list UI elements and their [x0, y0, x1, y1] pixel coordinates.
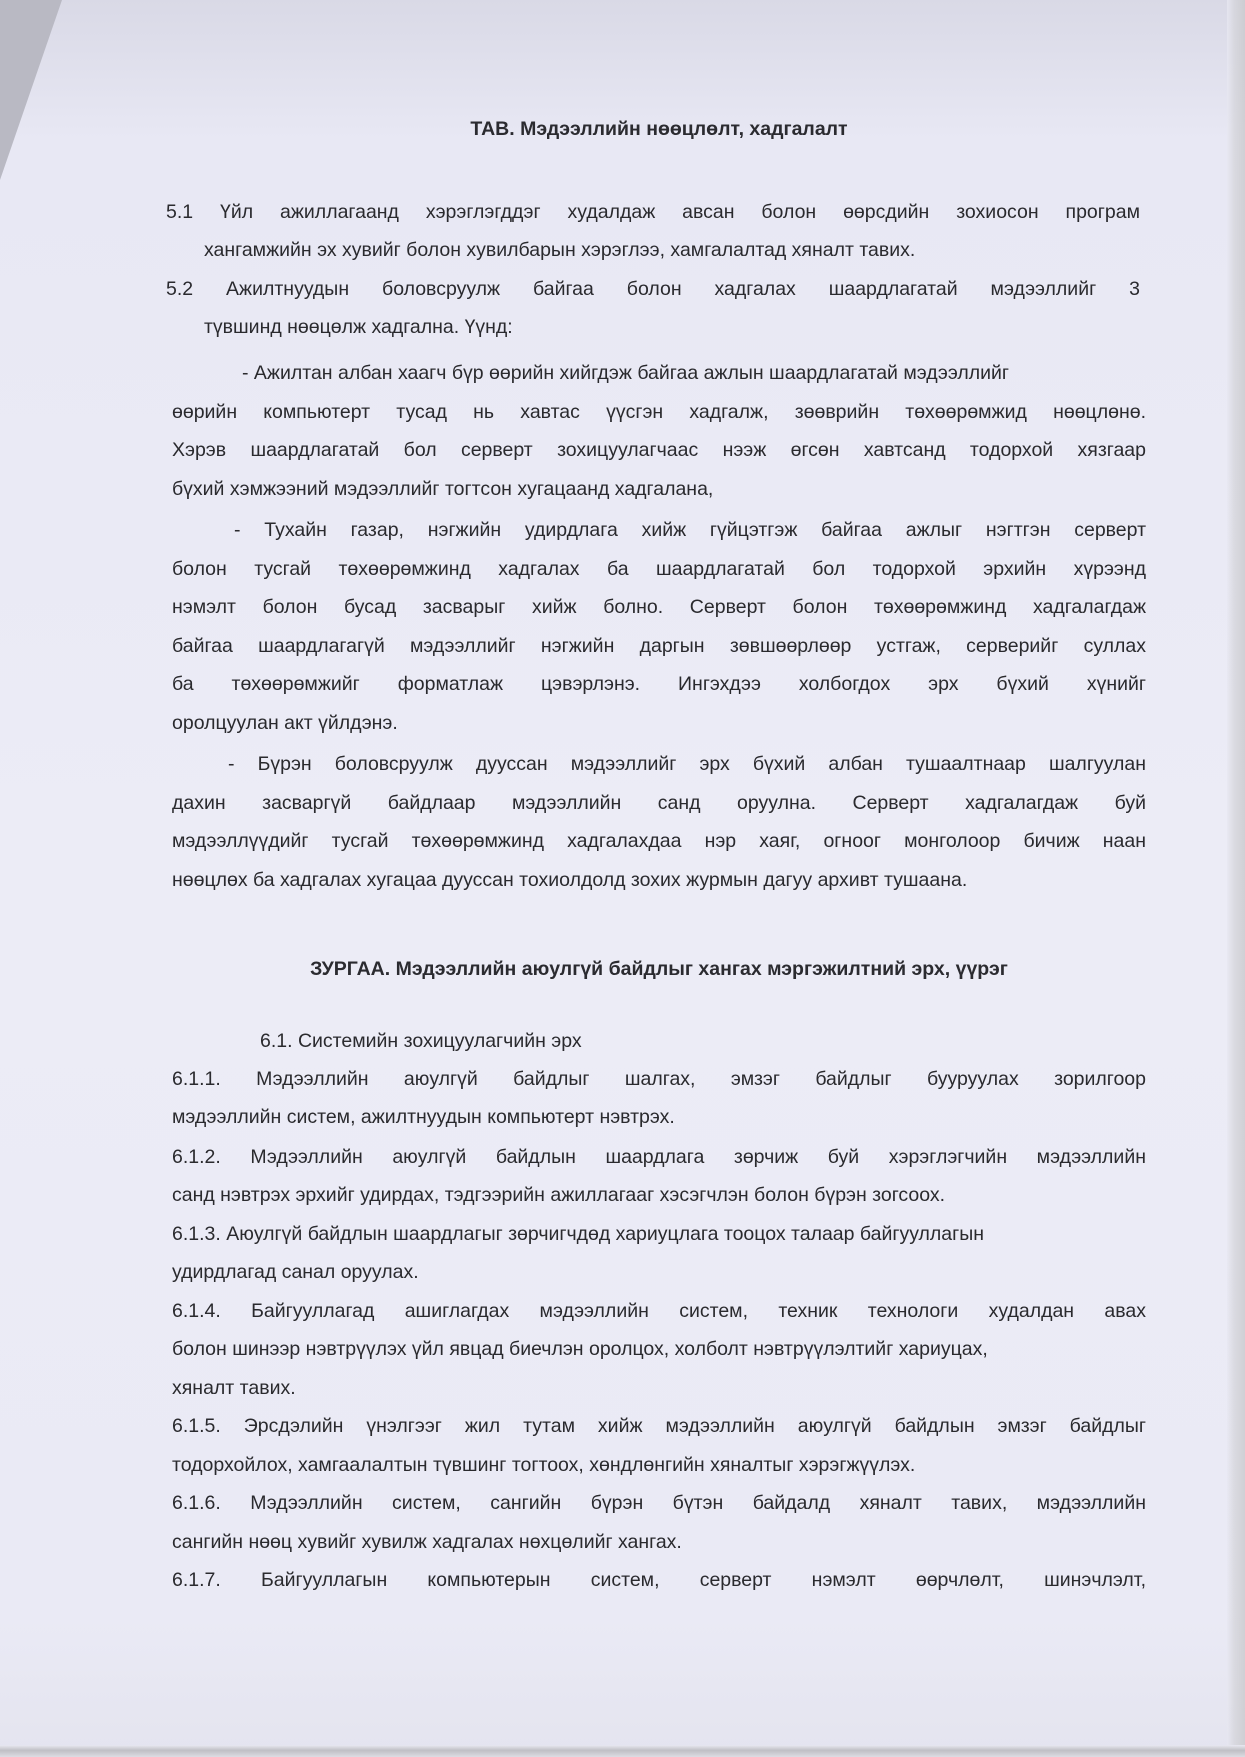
bullet-1-line-3: Хэрэв шаардлагатай бол серверт зохицуула… — [172, 438, 1146, 462]
item-6-1-1-line-1: 6.1.1. Мэдээллийн аюулгүй байдлыг шалгах… — [172, 1067, 1146, 1091]
bullet-1-line-2: өөрийн компьютерт тусад нь хавтас үүсгэн… — [172, 400, 1146, 424]
bullet-3-line-4: нөөцлөх ба хадгалах хугацаа дууссан тохи… — [172, 868, 967, 892]
para-5-1-line-1: 5.1 Үйл ажиллагаанд хэрэглэгддэг худалда… — [166, 200, 1140, 224]
para-5-1-line-2: хангамжийн эх хувийг болон хувилбарын хэ… — [204, 238, 915, 262]
para-5-2-line-1: 5.2 Ажилтнуудын боловсруулж байгаа болон… — [166, 277, 1140, 301]
bullet-2-line-1: - Тухайн газар, нэгжийн удирдлага хийж г… — [234, 518, 1146, 542]
item-6-1-3-line-1: 6.1.3. Аюулгүй байдлын шаардлагыг зөрчиг… — [172, 1222, 984, 1246]
item-6-1-6-line-1: 6.1.6. Мэдээллийн систем, сангийн бүрэн … — [172, 1491, 1146, 1515]
item-6-1-1-line-2: мэдээллийн систем, ажилтнуудын компьютер… — [172, 1105, 675, 1129]
item-6-1-3-line-2: удирдлагад санал оруулах. — [172, 1260, 419, 1284]
item-6-1-4-line-2: болон шинээр нэвтрүүлэх үйл явцад биечлэ… — [172, 1337, 988, 1361]
subsection-6-1-title: 6.1. Системийн зохицуулагчийн эрх — [260, 1029, 582, 1053]
item-6-1-2-line-1: 6.1.2. Мэдээллийн аюулгүй байдлын шаардл… — [172, 1145, 1146, 1169]
scanned-document-page: ТАВ. Мэдээллийн нөөцлөлт, хадгалалт 5.1 … — [0, 0, 1245, 1757]
section-5-title: ТАВ. Мэдээллийн нөөцлөлт, хадгалалт — [172, 118, 1146, 141]
bullet-3-line-2: дахин засваргүй байдлаар мэдээллийн санд… — [172, 791, 1146, 815]
bullet-2-line-2: болон тусгай төхөөрөмжинд хадгалах ба ша… — [172, 557, 1146, 581]
bullet-2-line-3: нэмэлт болон бусад засварыг хийж болно. … — [172, 595, 1146, 619]
bullet-1-line-1: - Ажилтан албан хаагч бүр өөрийн хийгдэж… — [242, 361, 1009, 385]
page-bottom-edge — [0, 1745, 1245, 1757]
para-5-2-line-2: түвшинд нөөцөлж хадгална. Үүнд: — [204, 315, 513, 339]
section-6-title: ЗУРГАА. Мэдээллийн аюулгүй байдлыг ханга… — [172, 958, 1146, 981]
page-fold-shadow — [0, 0, 62, 180]
item-6-1-7-line-1: 6.1.7. Байгууллагын компьютерын систем, … — [172, 1568, 1146, 1592]
item-6-1-4-line-1: 6.1.4. Байгууллагад ашиглагдах мэдээллий… — [172, 1299, 1146, 1323]
item-6-1-2-line-2: санд нэвтрэх эрхийг удирдах, тэдгээрийн … — [172, 1183, 945, 1207]
page-right-edge — [1227, 0, 1245, 1757]
bullet-2-line-4: байгаа шаардлагагүй мэдээллийг нэгжийн д… — [172, 634, 1146, 658]
bullet-2-line-5: ба төхөөрөмжийг форматлаж цэвэрлэнэ. Инг… — [172, 672, 1146, 696]
item-6-1-4-line-3: хяналт тавих. — [172, 1376, 296, 1400]
item-6-1-5-line-2: тодорхойлох, хамгаалалтын түвшинг тогтоо… — [172, 1453, 915, 1477]
bullet-3-line-1: - Бүрэн боловсруулж дууссан мэдээллийг э… — [228, 752, 1146, 776]
bullet-2-line-6: оролцуулан акт үйлдэнэ. — [172, 711, 398, 735]
bullet-3-line-3: мэдээллүүдийг тусгай төхөөрөмжинд хадгал… — [172, 829, 1146, 853]
item-6-1-6-line-2: сангийн нөөц хувийг хувилж хадгалах нөхц… — [172, 1530, 682, 1554]
bullet-1-line-4: бүхий хэмжээний мэдээллийг тогтсон хугац… — [172, 477, 713, 501]
item-6-1-5-line-1: 6.1.5. Эрсдэлийн үнэлгээг жил тутам хийж… — [172, 1414, 1146, 1438]
